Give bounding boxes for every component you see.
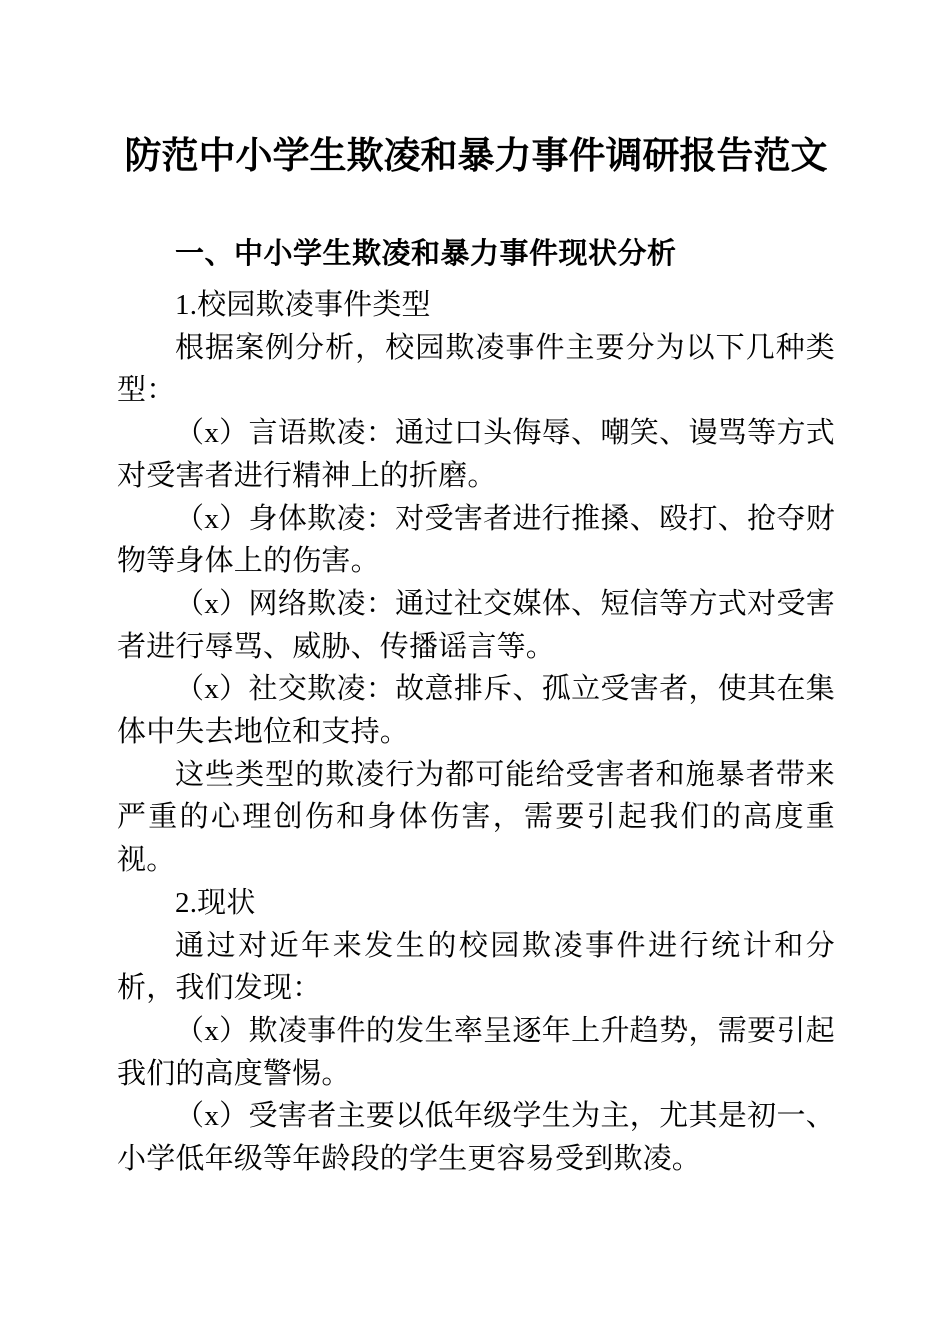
paragraph-victim-profile: （x）受害者主要以低年级学生为主，尤其是初一、小学低年级等年龄段的学生更容易受到… <box>117 1095 835 1180</box>
paragraph-harm-summary: 这些类型的欺凌行为都可能给受害者和施暴者带来严重的心理创伤和身体伤害，需要引起我… <box>117 754 835 882</box>
document-body: 1.校园欺凌事件类型 根据案例分析，校园欺凌事件主要分为以下几种类型： （x）言… <box>117 284 835 1181</box>
paragraph-intro-types: 根据案例分析，校园欺凌事件主要分为以下几种类型： <box>117 327 835 412</box>
paragraph-subheading-types: 1.校园欺凌事件类型 <box>117 284 835 327</box>
paragraph-status-intro: 通过对近年来发生的校园欺凌事件进行统计和分析，我们发现： <box>117 925 835 1010</box>
document-page: 防范中小学生欺凌和暴力事件调研报告范文 一、中小学生欺凌和暴力事件现状分析 1.… <box>0 0 950 1344</box>
paragraph-social-bullying: （x）社交欺凌：故意排斥、孤立受害者，使其在集体中失去地位和支持。 <box>117 668 835 753</box>
paragraph-verbal-bullying: （x）言语欺凌：通过口头侮辱、嘲笑、谩骂等方式对受害者进行精神上的折磨。 <box>117 412 835 497</box>
paragraph-cyber-bullying: （x）网络欺凌：通过社交媒体、短信等方式对受害者进行辱骂、威胁、传播谣言等。 <box>117 583 835 668</box>
paragraph-trend-rising: （x）欺凌事件的发生率呈逐年上升趋势，需要引起我们的高度警惕。 <box>117 1010 835 1095</box>
paragraph-physical-bullying: （x）身体欺凌：对受害者进行推搡、殴打、抢夺财物等身体上的伤害。 <box>117 498 835 583</box>
paragraph-subheading-status: 2.现状 <box>117 882 835 925</box>
section-heading: 一、中小学生欺凌和暴力事件现状分析 <box>117 233 835 276</box>
document-title: 防范中小学生欺凌和暴力事件调研报告范文 <box>117 133 835 181</box>
